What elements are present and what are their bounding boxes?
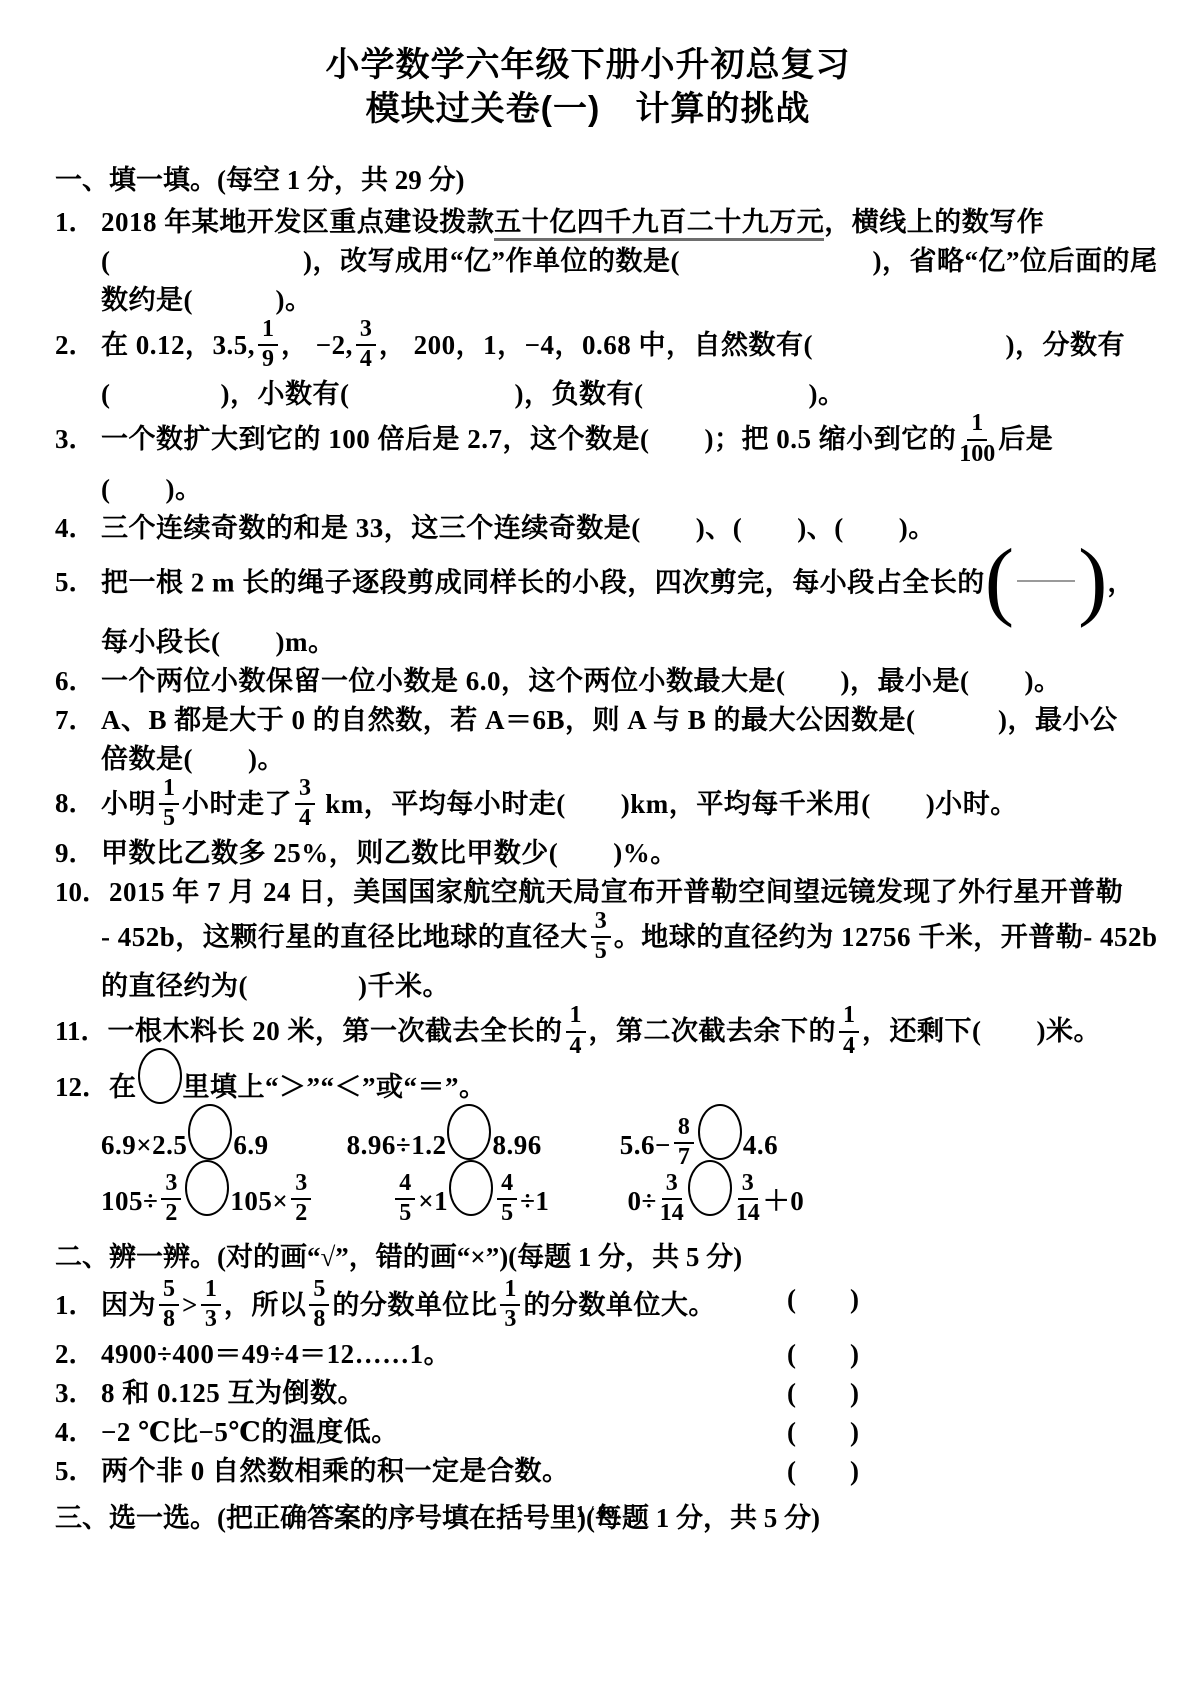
- question-line: 2．在 0.12，3.5,19， −2,34， 200，1，−4，0.68 中，…: [55, 320, 1121, 375]
- question-number: 4．: [55, 509, 101, 548]
- text-run: 后是: [998, 424, 1053, 454]
- fraction-blank-line: [1017, 580, 1075, 582]
- question: 4．三个连续奇数的和是 33，这三个连续奇数是( )、( )、( )。: [55, 509, 1121, 548]
- fraction-numerator: 1: [201, 1277, 221, 1306]
- fraction: 45: [497, 1171, 517, 1226]
- question-number: 11．: [55, 1012, 108, 1051]
- text-run: 把一根 2 m 长的绳子逐段剪成同样长的小段，四次剪完，每小段占全长的: [101, 567, 985, 597]
- fraction: 13: [500, 1277, 520, 1332]
- comparison-circle: [449, 1160, 493, 1216]
- fraction: 314: [736, 1171, 760, 1226]
- question: 2．在 0.12，3.5,19， −2,34， 200，1，−4，0.68 中，…: [55, 320, 1121, 414]
- question-line: 7．A、B 都是大于 0 的自然数，若 A＝6B，则 A 与 B 的最大公因数是…: [55, 701, 1121, 740]
- question-number: 9．: [55, 834, 101, 873]
- question-line: 的直径约为( )千米。: [101, 967, 1121, 1006]
- fraction: 58: [309, 1277, 329, 1332]
- comparison-circle: [688, 1160, 732, 1216]
- answer-blank: ( ): [787, 1374, 859, 1413]
- section-2: 二、辨一辨。(对的画“√”，错的画“×”)(每题 1 分，共 5 分)1．因为5…: [55, 1234, 1121, 1491]
- question-line: 4．三个连续奇数的和是 33，这三个连续奇数是( )、( )、( )。: [55, 509, 1121, 548]
- question-line: - 452b，这颗行星的直径比地球的直径大35。地球的直径约为 12756 千米…: [101, 912, 1121, 967]
- question-line: 数约是( )。: [101, 281, 1121, 320]
- question-number: 2．: [55, 326, 101, 365]
- question-line: 9．甲数比乙数多 25%，则乙数比甲数少( )%。: [55, 834, 1121, 873]
- question-line: 3．一个数扩大到它的 100 倍后是 2.7，这个数是( )；把 0.5 缩小到…: [55, 414, 1121, 469]
- question-line: 2．4900÷400＝49÷4＝12……1。( ): [55, 1335, 1121, 1374]
- fraction-numerator: 3: [662, 1171, 682, 1200]
- question-line: ( )。: [101, 470, 1121, 509]
- comparison-expression: 0÷314314＋0: [627, 1174, 804, 1230]
- question-number: 5．: [55, 563, 101, 602]
- question-number: 5．: [55, 1452, 101, 1491]
- answer-blank: ( ): [787, 1280, 859, 1319]
- text-run: 105×: [230, 1182, 288, 1221]
- question-line: 6．一个两位小数保留一位小数是 6.0，这个两位小数最大是( )，最小是( )。: [55, 662, 1121, 701]
- text-run: 8.96: [492, 1126, 541, 1165]
- text-run: 两个非 0 自然数相乘的积一定是合数。: [101, 1456, 570, 1486]
- fraction-numerator: 3: [295, 776, 315, 805]
- text-run: ，所以: [224, 1290, 307, 1320]
- document-body: 一、填一填。(每空 1 分，共 29 分)1．2018 年某地开发区重点建设拨款…: [55, 157, 1121, 1541]
- text-run: 2015 年 7 月 24 日，美国国家航空航天局宣布开普勒空间望远镜发现了外行…: [109, 877, 1123, 907]
- question-number: 1．: [55, 203, 101, 242]
- text-run: 6.9: [233, 1126, 268, 1165]
- question: 11．一根木料长 20 米，第一次截去全长的14，第二次截去余下的14，还剩下(…: [55, 1006, 1121, 1061]
- text-run: 。地球的直径约为 12756 千米，开普勒- 452b: [614, 922, 1158, 952]
- fraction-denominator: 4: [299, 805, 311, 831]
- fraction-denominator: 2: [295, 1200, 307, 1226]
- exam-page: 小学数学六年级下册小升初总复习 模块过关卷(一) 计算的挑战 一、填一填。(每空…: [0, 0, 1191, 1684]
- fraction-numerator: 1: [159, 776, 179, 805]
- text-run: ，: [1107, 567, 1135, 597]
- question-line: 5．两个非 0 自然数相乘的积一定是合数。( ): [55, 1452, 1121, 1491]
- text-run: 小明: [101, 788, 156, 818]
- text-run: 三个连续奇数的和是 33，这三个连续奇数是( )、( )、( )。: [101, 513, 936, 543]
- text-run: 8 和 0.125 互为倒数。: [101, 1378, 365, 1408]
- fraction-denominator: 8: [313, 1306, 325, 1332]
- question-line: 3．8 和 0.125 互为倒数。( ): [55, 1374, 1121, 1413]
- fraction-denominator: 8: [163, 1306, 175, 1332]
- text-run: 4.6: [743, 1126, 778, 1165]
- fraction-denominator: 4: [843, 1033, 855, 1059]
- question: 1．因为58>13，所以58的分数单位比13的分数单位大。( ): [55, 1280, 1121, 1335]
- text-run: ＋0: [763, 1182, 805, 1221]
- text-run: 一根木料长 20 米，第一次截去全长的: [108, 1016, 563, 1046]
- text-run: 倍数是( )。: [101, 744, 285, 774]
- question: 5．两个非 0 自然数相乘的积一定是合数。( ): [55, 1452, 1121, 1491]
- question: 9．甲数比乙数多 25%，则乙数比甲数少( )%。: [55, 834, 1121, 873]
- fraction-numerator: 1: [967, 411, 987, 440]
- fraction: 34: [295, 776, 315, 831]
- answer-blank: ( ): [787, 1452, 859, 1491]
- fraction: 58: [159, 1277, 179, 1332]
- text-run: ，横线上的数写作: [824, 207, 1044, 237]
- text-run: ，第二次截去余下的: [589, 1016, 837, 1046]
- text-run: ×1: [418, 1182, 448, 1221]
- comparison-circle: [447, 1104, 491, 1160]
- fraction-denominator: 9: [262, 346, 274, 372]
- fraction-numerator: 1: [839, 1003, 859, 1032]
- text-run: 的分数单位比: [332, 1290, 497, 1320]
- fraction-numerator: 5: [309, 1277, 329, 1306]
- fraction: 19: [258, 317, 278, 372]
- fraction-numerator: 3: [591, 909, 611, 938]
- question-line: 每小段长( )m。: [101, 623, 1121, 662]
- fraction: 32: [161, 1171, 181, 1226]
- text-run: −2 ℃比−5℃的温度低。: [101, 1417, 399, 1447]
- comparison-circle: [188, 1104, 232, 1160]
- comparison-expression: 45×145÷1: [392, 1174, 549, 1230]
- text-run: 的分数单位大。: [523, 1290, 716, 1320]
- text-run: ， −2,: [281, 330, 353, 360]
- fraction-denominator: 14: [736, 1200, 760, 1226]
- text-run: 2018 年某地开发区重点建设拨款: [101, 207, 494, 237]
- comparison-expression: 105÷32105×32: [101, 1174, 314, 1230]
- text-run: 在 0.12，3.5,: [101, 330, 255, 360]
- comparison-expression: 8.96÷1.28.96: [347, 1118, 542, 1174]
- question-number: 3．: [55, 420, 101, 459]
- question: 8．小明15小时走了34 km，平均每小时走( )km，平均每千米用( )小时。: [55, 779, 1121, 834]
- fraction: 15: [159, 776, 179, 831]
- fraction: 14: [566, 1003, 586, 1058]
- comparison-circle: [185, 1160, 229, 1216]
- underlined-amount: 五十亿四千九百二十九万元: [494, 207, 824, 241]
- text-run: 0÷: [627, 1182, 656, 1221]
- question: 7．A、B 都是大于 0 的自然数，若 A＝6B，则 A 与 B 的最大公因数是…: [55, 701, 1121, 779]
- question: 3．一个数扩大到它的 100 倍后是 2.7，这个数是( )；把 0.5 缩小到…: [55, 414, 1121, 508]
- question: 5．把一根 2 m 长的绳子逐段剪成同样长的小段，四次剪完，每小段占全长的()，…: [55, 548, 1121, 662]
- fraction-numerator: 1: [566, 1003, 586, 1032]
- text-run: >: [182, 1290, 198, 1320]
- question-line: 4．−2 ℃比−5℃的温度低。( ): [55, 1413, 1121, 1452]
- page-subtitle: 模块过关卷(一) 计算的挑战: [55, 88, 1121, 132]
- fraction-denominator: 4: [570, 1033, 582, 1059]
- text-run: ， 200，1，−4，0.68 中，自然数有( )，分数有: [379, 330, 1125, 360]
- text-run: 4900÷400＝49÷4＝12……1。: [101, 1339, 451, 1369]
- text-run: ，还剩下( )米。: [862, 1016, 1101, 1046]
- text-run: 6.9×2.5: [101, 1126, 187, 1165]
- fraction-denominator: 5: [501, 1200, 513, 1226]
- text-run: 一个数扩大到它的 100 倍后是 2.7，这个数是( )；把 0.5 缩小到它的: [101, 424, 956, 454]
- fraction-denominator: 14: [660, 1200, 684, 1226]
- text-run: km，平均每小时走( )km，平均每千米用( )小时。: [318, 788, 1018, 818]
- question: 4．−2 ℃比−5℃的温度低。( ): [55, 1413, 1121, 1452]
- text-run: ( )。: [101, 474, 202, 504]
- question-number: 1．: [55, 1286, 101, 1325]
- right-paren-icon: ): [1078, 544, 1107, 619]
- question-line: 105÷32105×3245×145÷10÷314314＋0: [101, 1174, 1121, 1230]
- fraction-denominator: 5: [399, 1200, 411, 1226]
- fraction-denominator: 5: [595, 938, 607, 964]
- text-run: 里填上“＞”“＜”或“＝”。: [183, 1072, 487, 1102]
- comparison-expression: 6.9×2.56.9: [101, 1118, 269, 1174]
- text-run: 的直径约为( )千米。: [101, 971, 450, 1001]
- text-run: ( )，小数有( )，负数有( )。: [101, 379, 845, 409]
- answer-blank: ( ): [787, 1413, 859, 1452]
- text-run: ÷1: [520, 1182, 549, 1221]
- fraction: 45: [395, 1171, 415, 1226]
- text-run: ( )，改写成用“亿”作单位的数是( )，省略“亿”位后面的尾: [101, 246, 1157, 276]
- question-number: 10．: [55, 873, 109, 912]
- fraction: 32: [291, 1171, 311, 1226]
- question-line: 1．因为58>13，所以58的分数单位比13的分数单位大。( ): [55, 1280, 1121, 1335]
- question-line: 11．一根木料长 20 米，第一次截去全长的14，第二次截去余下的14，还剩下(…: [55, 1006, 1121, 1061]
- fraction: 35: [591, 909, 611, 964]
- text-run: 每小段长( )m。: [101, 627, 335, 657]
- fraction-numerator: 8: [674, 1115, 694, 1144]
- text-run: 5.6−: [620, 1126, 671, 1165]
- question: 3．8 和 0.125 互为倒数。( ): [55, 1374, 1121, 1413]
- text-run: 一个两位小数保留一位小数是 6.0，这个两位小数最大是( )，最小是( )。: [101, 666, 1061, 696]
- question-number: 2．: [55, 1335, 101, 1374]
- fraction-numerator: 4: [497, 1171, 517, 1200]
- text-run: 8.96÷1.2: [347, 1126, 447, 1165]
- fraction-numerator: 3: [738, 1171, 758, 1200]
- fraction-numerator: 1: [258, 317, 278, 346]
- question-number: 3．: [55, 1374, 101, 1413]
- fraction-numerator: 1: [500, 1277, 520, 1306]
- fraction: 1100: [959, 411, 995, 466]
- question-line: 倍数是( )。: [101, 740, 1121, 779]
- fraction: 14: [839, 1003, 859, 1058]
- fraction: 87: [674, 1115, 694, 1170]
- text-run: 甲数比乙数多 25%，则乙数比甲数少( )%。: [101, 838, 678, 868]
- fraction-denominator: 3: [504, 1306, 516, 1332]
- fraction-denominator: 2: [165, 1200, 177, 1226]
- question-line: ( )，改写成用“亿”作单位的数是( )，省略“亿”位后面的尾: [101, 242, 1121, 281]
- fraction-numerator: 3: [291, 1171, 311, 1200]
- fraction: 13: [201, 1277, 221, 1332]
- blank-fraction-bracket: (): [985, 544, 1108, 619]
- question: 2．4900÷400＝49÷4＝12……1。( ): [55, 1335, 1121, 1374]
- fraction-numerator: 4: [395, 1171, 415, 1200]
- question-line: 10．2015 年 7 月 24 日，美国国家航空航天局宣布开普勒空间望远镜发现…: [55, 873, 1121, 912]
- answer-blank: ( ): [787, 1335, 859, 1374]
- question: 12．在里填上“＞”“＜”或“＝”。6.9×2.56.98.96÷1.28.96…: [55, 1062, 1121, 1230]
- fraction-numerator: 3: [356, 317, 376, 346]
- text-run: 因为: [101, 1290, 156, 1320]
- comparison-circle: [138, 1048, 182, 1104]
- text-run: 105÷: [101, 1182, 158, 1221]
- page-number: 1 / 80: [0, 1502, 1191, 1522]
- fraction: 314: [660, 1171, 684, 1226]
- question-number: 8．: [55, 784, 101, 823]
- fraction-denominator: 7: [678, 1144, 690, 1170]
- fraction-denominator: 3: [205, 1306, 217, 1332]
- fraction-denominator: 4: [360, 346, 372, 372]
- question-number: 4．: [55, 1413, 101, 1452]
- text-run: - 452b，这颗行星的直径比地球的直径大: [101, 922, 588, 952]
- fraction-denominator: 5: [163, 805, 175, 831]
- page-title: 小学数学六年级下册小升初总复习: [55, 44, 1121, 88]
- question-number: 7．: [55, 701, 101, 740]
- text-run: A、B 都是大于 0 的自然数，若 A＝6B，则 A 与 B 的最大公因数是( …: [101, 705, 1118, 735]
- fraction: 34: [356, 317, 376, 372]
- fraction-numerator: 3: [161, 1171, 181, 1200]
- fraction-denominator: 100: [959, 441, 995, 467]
- question-line: 8．小明15小时走了34 km，平均每小时走( )km，平均每千米用( )小时。: [55, 779, 1121, 834]
- question: 1．2018 年某地开发区重点建设拨款五十亿四千九百二十九万元，横线上的数写作(…: [55, 203, 1121, 320]
- question: 10．2015 年 7 月 24 日，美国国家航空航天局宣布开普勒空间望远镜发现…: [55, 873, 1121, 1006]
- left-paren-icon: (: [985, 544, 1014, 619]
- question-number: 6．: [55, 662, 101, 701]
- section-heading: 一、填一填。(每空 1 分，共 29 分): [55, 157, 1121, 203]
- question-line: ( )，小数有( )，负数有( )。: [101, 375, 1121, 414]
- fraction-numerator: 5: [159, 1277, 179, 1306]
- text-run: 在: [109, 1072, 137, 1102]
- comparison-circle: [698, 1104, 742, 1160]
- text-run: 数约是( )。: [101, 285, 312, 315]
- question-line: 6.9×2.56.98.96÷1.28.965.6−874.6: [101, 1118, 1121, 1174]
- text-run: 小时走了: [182, 788, 292, 818]
- section-1: 一、填一填。(每空 1 分，共 29 分)1．2018 年某地开发区重点建设拨款…: [55, 157, 1121, 1230]
- question-line: 5．把一根 2 m 长的绳子逐段剪成同样长的小段，四次剪完，每小段占全长的()，: [55, 548, 1121, 623]
- question-number: 12．: [55, 1068, 109, 1107]
- question-line: 1．2018 年某地开发区重点建设拨款五十亿四千九百二十九万元，横线上的数写作: [55, 203, 1121, 242]
- section-heading: 二、辨一辨。(对的画“√”，错的画“×”)(每题 1 分，共 5 分): [55, 1234, 1121, 1280]
- question: 6．一个两位小数保留一位小数是 6.0，这个两位小数最大是( )，最小是( )。: [55, 662, 1121, 701]
